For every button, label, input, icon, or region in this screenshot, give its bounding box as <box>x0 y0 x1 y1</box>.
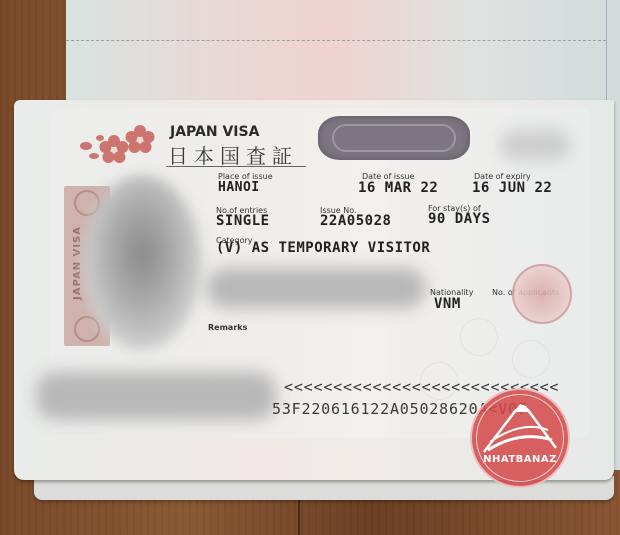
mountain-icon <box>472 390 568 486</box>
date-of-issue-value: 16 MAR 22 <box>358 180 438 196</box>
nationality-value: VNM <box>434 296 461 312</box>
blurred-passport-number <box>36 372 276 420</box>
background-sakura-icon <box>512 340 550 378</box>
no-of-entries-value: SINGLE <box>216 213 270 229</box>
for-stays-value: 90 DAYS <box>428 211 491 227</box>
watermark-brand-text: NHATBANAZ <box>472 454 568 465</box>
visa-title-kanji: 日本国査証 <box>168 140 298 169</box>
background-sakura-icon <box>460 318 498 356</box>
visa-title: JAPAN VISA <box>170 124 259 140</box>
page-stitch-line <box>66 40 606 41</box>
title-underline <box>166 166 306 167</box>
place-of-issue-value: HANOI <box>218 180 260 195</box>
sakura-emblem-icon <box>78 124 162 168</box>
issue-no-value: 22A05028 <box>320 213 391 229</box>
blurred-holder-name <box>206 268 426 308</box>
category-value: (V) AS TEMPORARY VISITOR <box>216 240 430 256</box>
remarks-label: Remarks <box>208 323 247 332</box>
passport-upper-page <box>66 0 606 102</box>
hologram-seal <box>318 116 470 160</box>
embassy-stamp <box>512 264 572 324</box>
blurred-id <box>500 130 570 160</box>
blurred-holder-photo <box>82 175 202 350</box>
nhatbanaz-watermark-logo: NHATBANAZ <box>470 388 570 488</box>
date-of-expiry-value: 16 JUN 22 <box>472 180 552 196</box>
